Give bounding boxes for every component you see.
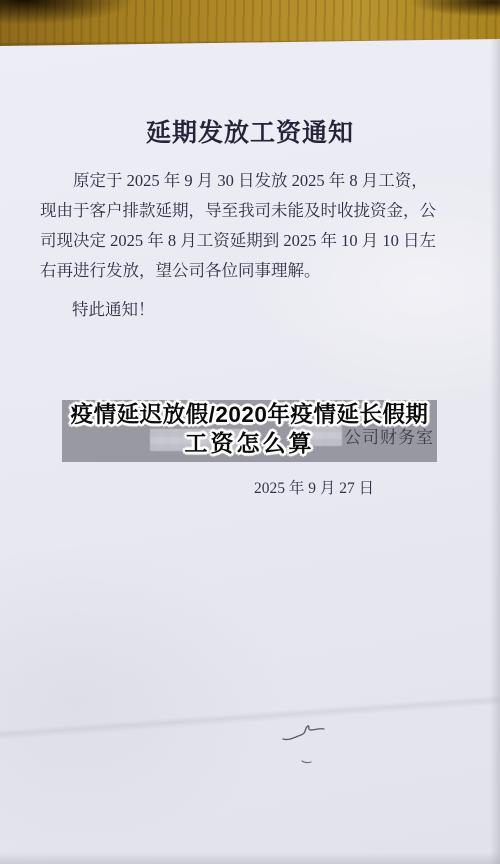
notice-body-line: 司现决定 2025 年 8 月工资延期到 2025 年 10 月 10 日左 (40, 226, 446, 256)
paper-right-shade (490, 39, 500, 864)
paper-crease (0, 694, 500, 740)
caption-overlay: 疫情延迟放假/2020年疫情延长假期 工资怎么算 (62, 401, 437, 457)
notice-date: 2025 年 9 月 27 日 (254, 476, 374, 498)
pen-scribble (281, 719, 327, 771)
paper-bottom-shade (0, 852, 500, 864)
notice-body-line: 现由于客户排款延期，导至我司未能及时收拢资金，公 (40, 196, 446, 226)
caption-line-2: 工资怎么算 (62, 429, 437, 457)
notice-body-line: 原定于 2025 年 9 月 30 日发放 2025 年 8 月工资， (40, 166, 446, 196)
notice-body: 原定于 2025 年 9 月 30 日发放 2025 年 8 月工资， 现由于客… (40, 166, 446, 286)
caption-line-1: 疫情延迟放假/2020年疫情延长假期 (62, 401, 437, 429)
photo-frame: 延期发放工资通知 原定于 2025 年 9 月 30 日发放 2025 年 8 … (0, 0, 500, 864)
notice-title: 延期发放工资通知 (0, 113, 500, 149)
notice-closing: 特此通知！ (72, 296, 155, 320)
notice-body-line: 右再进行发放，望公司各位同事理解。 (40, 256, 446, 286)
